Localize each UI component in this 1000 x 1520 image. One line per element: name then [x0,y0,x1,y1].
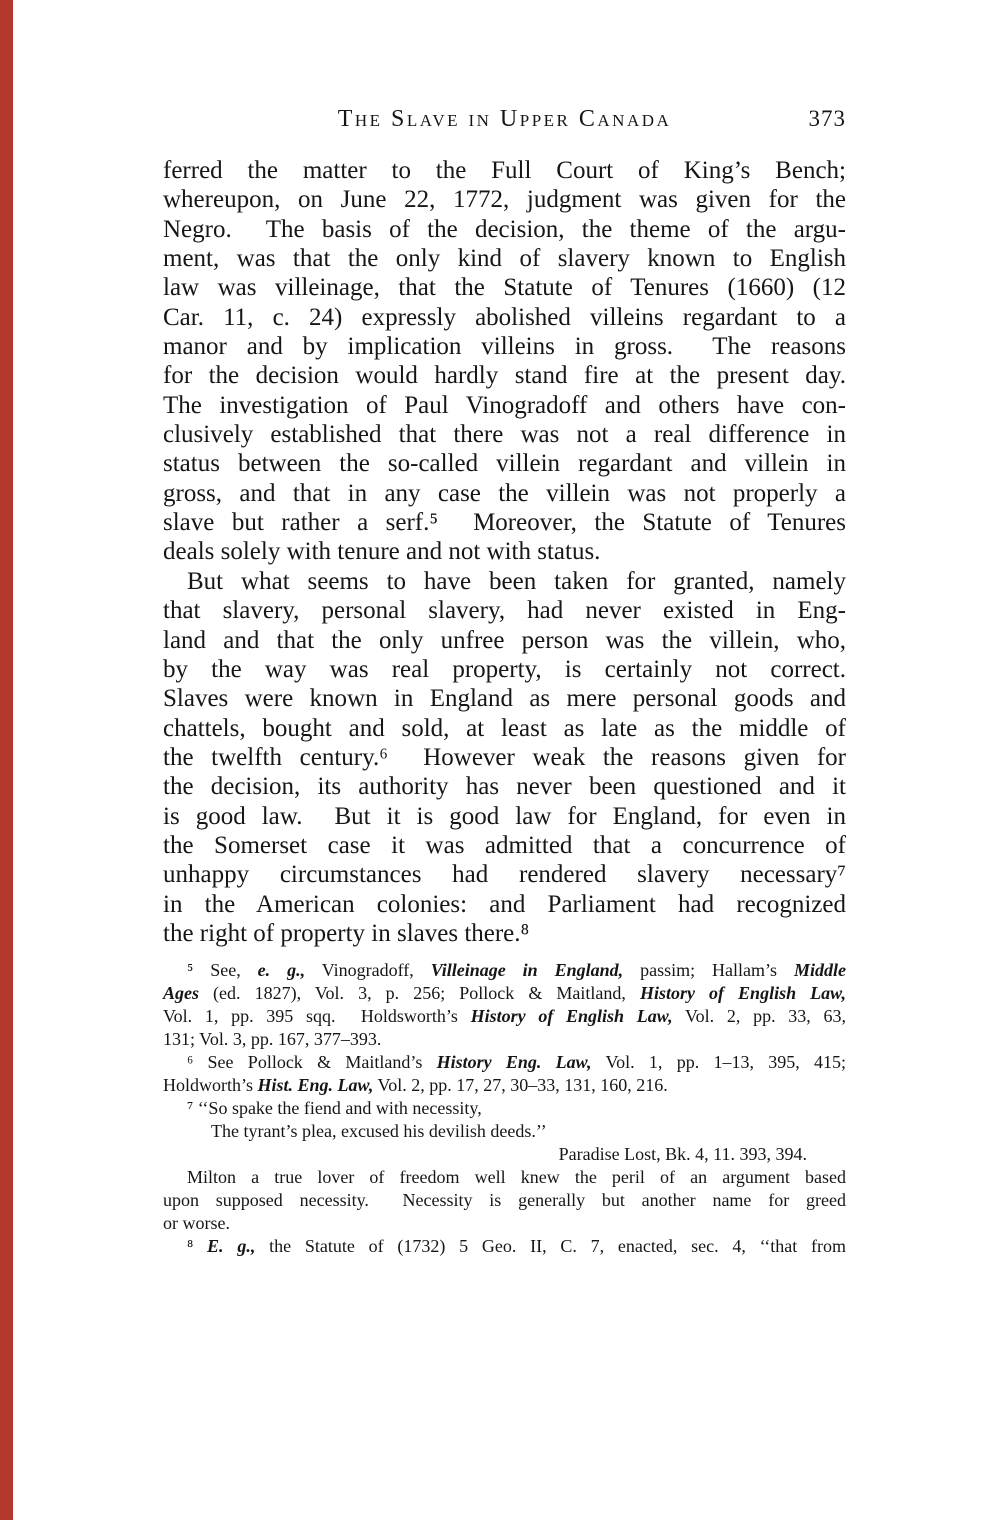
text-line: the Somerset case it was admitted that a… [163,831,846,860]
text-line: the decision, its authority has never be… [163,772,846,801]
footnote-line: ⁶ See Pollock & Maitland’s History Eng. … [163,1051,846,1074]
text-line: The investigation of Paul Vinogradoff an… [163,391,846,420]
page-number: 373 [809,106,847,132]
paragraph: But what seems to have been taken for gr… [163,567,846,948]
footnote-line: Holdworth’s Hist. Eng. Law, Vol. 2, pp. … [163,1074,846,1097]
text-line: whereupon, on June 22, 1772, judgment wa… [163,185,846,214]
footnote-line: or worse. [163,1212,846,1235]
text-line: Car. 11, c. 24) expressly abolished vill… [163,303,846,332]
text-line: that slavery, personal slavery, had neve… [163,596,846,625]
text-line: land and that the only unfree person was… [163,626,846,655]
book-page: The Slave in Upper Canada 373 ferred the… [0,0,1000,1520]
text-line: gross, and that in any case the villein … [163,479,846,508]
text-line: for the decision would hardly stand fire… [163,361,846,390]
text-line: ment, was that the only kind of slavery … [163,244,846,273]
footnote-line: ⁵ See, e. g., Vinogradoff, Villeinage in… [163,959,846,982]
text-line: is good law. But it is good law for Engl… [163,802,846,831]
footnotes: ⁵ See, e. g., Vinogradoff, Villeinage in… [163,959,846,1258]
footnote-line: Vol. 1, pp. 395 sqq. Holdsworth’s Histor… [163,1005,846,1028]
text-line: slave but rather a serf.⁵ Moreover, the … [163,508,846,537]
footnote-7: ⁷ ‘‘So spake the fiend and with necessit… [163,1097,846,1235]
text-column: The Slave in Upper Canada 373 ferred the… [163,0,846,1520]
text-line: unhappy circumstances had rendered slave… [163,860,846,889]
text-line: chattels, bought and sold, at least as l… [163,714,846,743]
page-edge-strip [0,0,13,1520]
text-line: in the American colonies: and Parliament… [163,890,846,919]
page-title: The Slave in Upper Canada [163,106,846,132]
footnote-line: Ages (ed. 1827), Vol. 3, p. 256; Pollock… [163,982,846,1005]
footnote-line: 131; Vol. 3, pp. 167, 377–393. [163,1028,846,1051]
text-line: Slaves were known in England as mere per… [163,684,846,713]
footnote-line: upon supposed necessity. Necessity is ge… [163,1189,846,1212]
footnote-line: ⁸ E. g., the Statute of (1732) 5 Geo. II… [163,1235,846,1258]
text-line: ferred the matter to the Full Court of K… [163,156,846,185]
text-line: manor and by implication villeins in gro… [163,332,846,361]
verse-line: ⁷ ‘‘So spake the fiend and with necessit… [163,1097,846,1120]
text-line: clusively established that there was not… [163,420,846,449]
text-line: law was villeinage, that the Statute of … [163,273,846,302]
paragraph: ferred the matter to the Full Court of K… [163,156,846,567]
text-line: the right of property in slaves there.⁸ [163,919,846,948]
verse-line: The tyrant’s plea, excused his devilish … [163,1120,846,1143]
body-text: ferred the matter to the Full Court of K… [163,156,846,948]
verse-attribution: Paradise Lost, Bk. 4, 11. 393, 394. [163,1143,846,1166]
text-line: Negro. The basis of the decision, the th… [163,215,846,244]
footnote-5: ⁵ See, e. g., Vinogradoff, Villeinage in… [163,959,846,1051]
footnote-8: ⁸ E. g., the Statute of (1732) 5 Geo. II… [163,1235,846,1258]
running-head: The Slave in Upper Canada 373 [163,106,846,134]
footnote-6: ⁶ See Pollock & Maitland’s History Eng. … [163,1051,846,1097]
text-line: But what seems to have been taken for gr… [163,567,846,596]
text-line: by the way was real property, is certain… [163,655,846,684]
text-line: the twelfth century.⁶ However weak the r… [163,743,846,772]
text-line: deals solely with tenure and not with st… [163,537,846,566]
text-line: status between the so-called villein reg… [163,449,846,478]
footnote-line: Milton a true lover of freedom well knew… [163,1166,846,1189]
